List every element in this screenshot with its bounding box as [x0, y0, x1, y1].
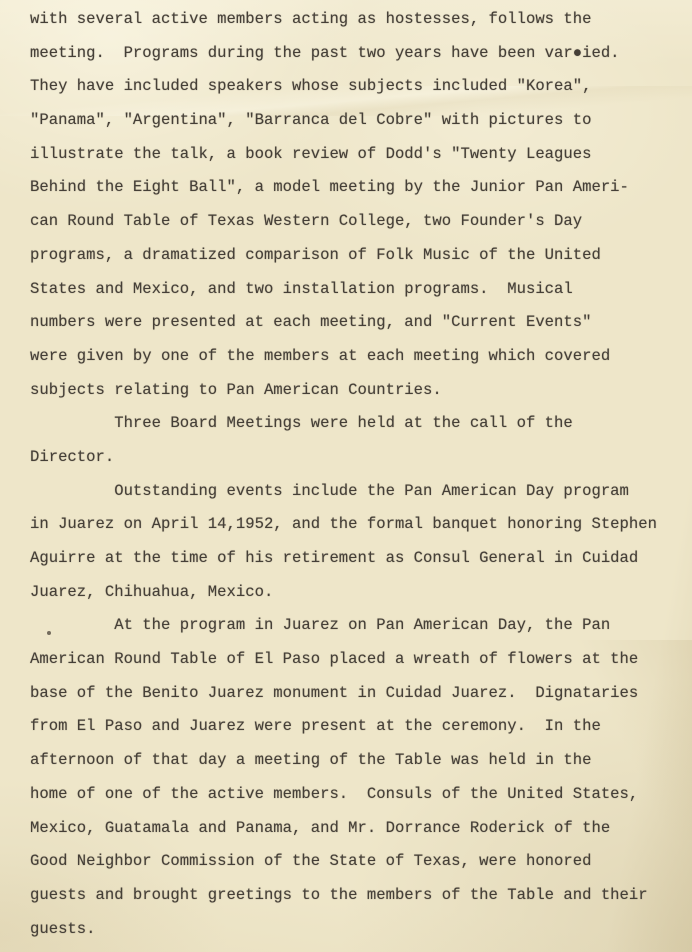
text-line: base of the Benito Juarez monument in Cu… [30, 677, 680, 711]
text-line: can Round Table of Texas Western College… [30, 205, 680, 239]
text-line: Director. [30, 441, 680, 475]
text-line: Outstanding events include the Pan Ameri… [30, 475, 680, 509]
text-line: They have included speakers whose subjec… [30, 70, 680, 104]
text-line: guests and brought greetings to the memb… [30, 879, 680, 913]
text-line: States and Mexico, and two installation … [30, 273, 680, 307]
text-line: meeting. Programs during the past two ye… [30, 37, 680, 71]
text-line: Good Neighbor Commission of the State of… [30, 845, 680, 879]
page-text: with several active members acting as ho… [30, 3, 680, 946]
text-line: home of one of the active members. Consu… [30, 778, 680, 812]
text-line: programs, a dramatized comparison of Fol… [30, 239, 680, 273]
text-line: illustrate the talk, a book review of Do… [30, 138, 680, 172]
text-line: Juarez, Chihuahua, Mexico. [30, 576, 680, 610]
text-line: At the program in Juarez on Pan American… [30, 609, 680, 643]
text-line: Behind the Eight Ball", a model meeting … [30, 171, 680, 205]
text-line: in Juarez on April 14,1952, and the form… [30, 508, 680, 542]
text-line: American Round Table of El Paso placed a… [30, 643, 680, 677]
text-line: Three Board Meetings were held at the ca… [30, 407, 680, 441]
text-line: afternoon of that day a meeting of the T… [30, 744, 680, 778]
text-line: Mexico, Guatamala and Panama, and Mr. Do… [30, 812, 680, 846]
text-line: subjects relating to Pan American Countr… [30, 374, 680, 408]
text-line: Aguirre at the time of his retirement as… [30, 542, 680, 576]
text-line: "Panama", "Argentina", "Barranca del Cob… [30, 104, 680, 138]
ink-speck [47, 631, 51, 635]
typewritten-page: with several active members acting as ho… [0, 0, 692, 952]
text-line: numbers were presented at each meeting, … [30, 306, 680, 340]
text-line: were given by one of the members at each… [30, 340, 680, 374]
text-line: with several active members acting as ho… [30, 3, 680, 37]
text-line: from El Paso and Juarez were present at … [30, 710, 680, 744]
text-line: guests. [30, 913, 680, 947]
